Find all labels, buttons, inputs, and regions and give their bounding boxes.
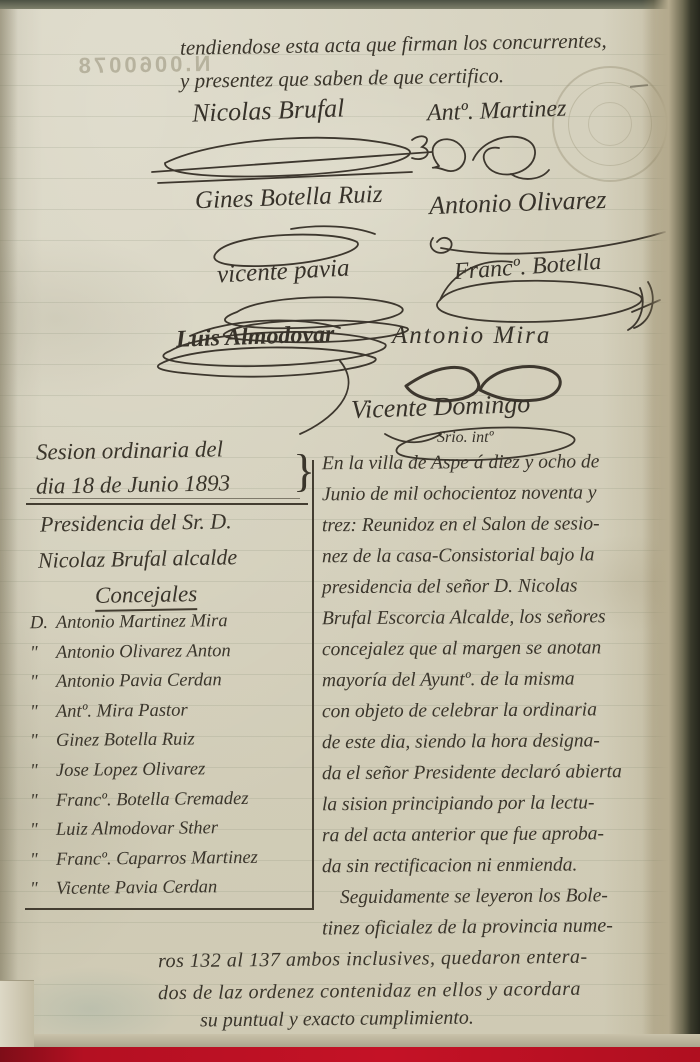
- body-line: ra del acta anterior que fue aproba-: [322, 823, 682, 857]
- body-line: de este dia, siendo la hora designa-: [322, 730, 682, 764]
- footer-line: tinez oficialez de la provincia nume-: [322, 914, 613, 940]
- body-line: mayoría del Ayuntº. de la misma: [322, 668, 682, 702]
- body-line: da el señor Presidente declaró abierta: [322, 761, 682, 795]
- body-line: la sision principiando por la lectu-: [322, 792, 682, 826]
- councilor-name: Luiz Almodovar Sther: [56, 818, 218, 840]
- footer-line: su puntual y exacto cumplimiento.: [200, 1007, 474, 1033]
- scan-edge-left: [0, 0, 18, 1062]
- councilor-prefix: D.: [30, 613, 56, 634]
- councilor-list: D.Antonio Martinez Mira "Antonio Olivare…: [30, 612, 258, 908]
- body-line: En la villa de Aspe á diez y ocho de: [322, 451, 682, 485]
- body-line: Junio de mil ochocientoz noventa y: [322, 482, 682, 516]
- signature-title: Srio. intº: [437, 429, 494, 447]
- signature-rubric-flourish: [415, 132, 605, 190]
- councilor-row: "Antonio Olivarez Anton: [30, 640, 258, 672]
- councilor-prefix: ": [30, 702, 56, 723]
- councilor-prefix: ": [30, 643, 56, 664]
- councilor-prefix: ": [30, 790, 56, 811]
- margin-underline: [30, 498, 300, 499]
- margin-council-heading: Concejales: [95, 581, 198, 612]
- footer-line: dos de laz ordenez contenidaz en ellos y…: [158, 978, 581, 1005]
- margin-session-date: dia 18 de Junio 1893: [36, 470, 231, 499]
- councilor-name: Antonio Olivarez Anton: [56, 641, 231, 663]
- councilor-row: "Ginez Botella Ruiz: [30, 729, 258, 761]
- body-line: Seguidamente se leyeron los Bole-: [322, 885, 682, 919]
- councilor-name: Jose Lopez Olivarez: [56, 759, 206, 781]
- scanned-manuscript-page: N.0060078 tendiendose esta acta que firm…: [0, 0, 700, 1062]
- margin-underline: [26, 503, 308, 505]
- councilor-name: Antonio Martinez Mira: [56, 611, 228, 633]
- page-edge-right: [642, 0, 700, 1062]
- margin-box-bottom-rule: [25, 908, 313, 910]
- body-line: Brufal Escorcia Alcalde, los señores: [322, 606, 682, 640]
- margin-presidency-line: Presidencia del Sr. D.: [40, 508, 232, 537]
- councilor-name: Ginez Botella Ruiz: [56, 730, 195, 751]
- councilor-name: Francº. Botella Cremadez: [56, 788, 249, 810]
- signature-nicolas-brufal: Nicolas Brufal: [150, 96, 450, 196]
- signature-name: vicente pavia: [216, 255, 350, 290]
- body-text-column: En la villa de Aspe á diez y ocho de Jun…: [322, 452, 682, 917]
- margin-brace: }: [293, 444, 315, 497]
- body-line: presidencia del señor D. Nicolas: [322, 575, 682, 609]
- scan-edge-red-strip: [0, 1047, 700, 1062]
- body-line: con objeto de celebrar la ordinaria: [322, 699, 682, 733]
- councilor-row: "Francº. Botella Cremadez: [30, 788, 258, 820]
- margin-divider-rule: [312, 460, 314, 910]
- councilor-prefix: ": [30, 879, 56, 900]
- signature-antonio-martinez: Antº. Martinez: [415, 96, 615, 191]
- page-stack-corner: [0, 980, 34, 1051]
- councilor-prefix: ": [30, 850, 56, 871]
- signature-name: Luis Almodovar: [176, 321, 335, 354]
- councilor-name: Francº. Caparros Martinez: [56, 848, 258, 870]
- councilor-row: "Francº. Caparros Martinez: [30, 848, 258, 880]
- councilor-prefix: ": [30, 820, 56, 841]
- councilor-row: "Antonio Pavia Cerdan: [30, 670, 258, 702]
- councilor-name: Antonio Pavia Cerdan: [56, 670, 222, 692]
- signature-name: Antº. Martinez: [427, 96, 567, 128]
- body-line: da sin rectificacion ni enmienda.: [322, 854, 682, 888]
- councilor-name: Vicente Pavia Cerdan: [56, 878, 218, 900]
- councilor-row: "Vicente Pavia Cerdan: [30, 877, 258, 909]
- councilor-prefix: ": [30, 731, 56, 752]
- footer-line: ros 132 al 137 ambos inclusives, quedaro…: [158, 946, 588, 973]
- signature-name: Antonio Olivarez: [429, 185, 607, 221]
- councilor-row: D.Antonio Martinez Mira: [30, 611, 258, 643]
- councilor-name: Antº. Mira Pastor: [56, 700, 188, 721]
- councilor-row: "Luiz Almodovar Sther: [30, 818, 258, 850]
- councilor-prefix: ": [30, 672, 56, 693]
- margin-presidency-line: Nicolaz Brufal alcalde: [38, 544, 238, 573]
- signature-name: Gines Botella Ruiz: [195, 181, 383, 216]
- body-line: nez de la casa-Consistorial bajo la: [322, 544, 682, 578]
- councilor-prefix: ": [30, 761, 56, 782]
- scan-edge-top: [0, 0, 700, 9]
- councilor-row: "Antº. Mira Pastor: [30, 700, 258, 732]
- councilor-row: "Jose Lopez Olivarez: [30, 759, 258, 791]
- body-line: concejalez que al margen se anotan: [322, 637, 682, 671]
- body-line: trez: Reunidoz en el Salon de sesio-: [322, 513, 682, 547]
- signature-name: Antonio Mira: [392, 322, 551, 350]
- signature-name: Nicolas Brufal: [192, 93, 345, 128]
